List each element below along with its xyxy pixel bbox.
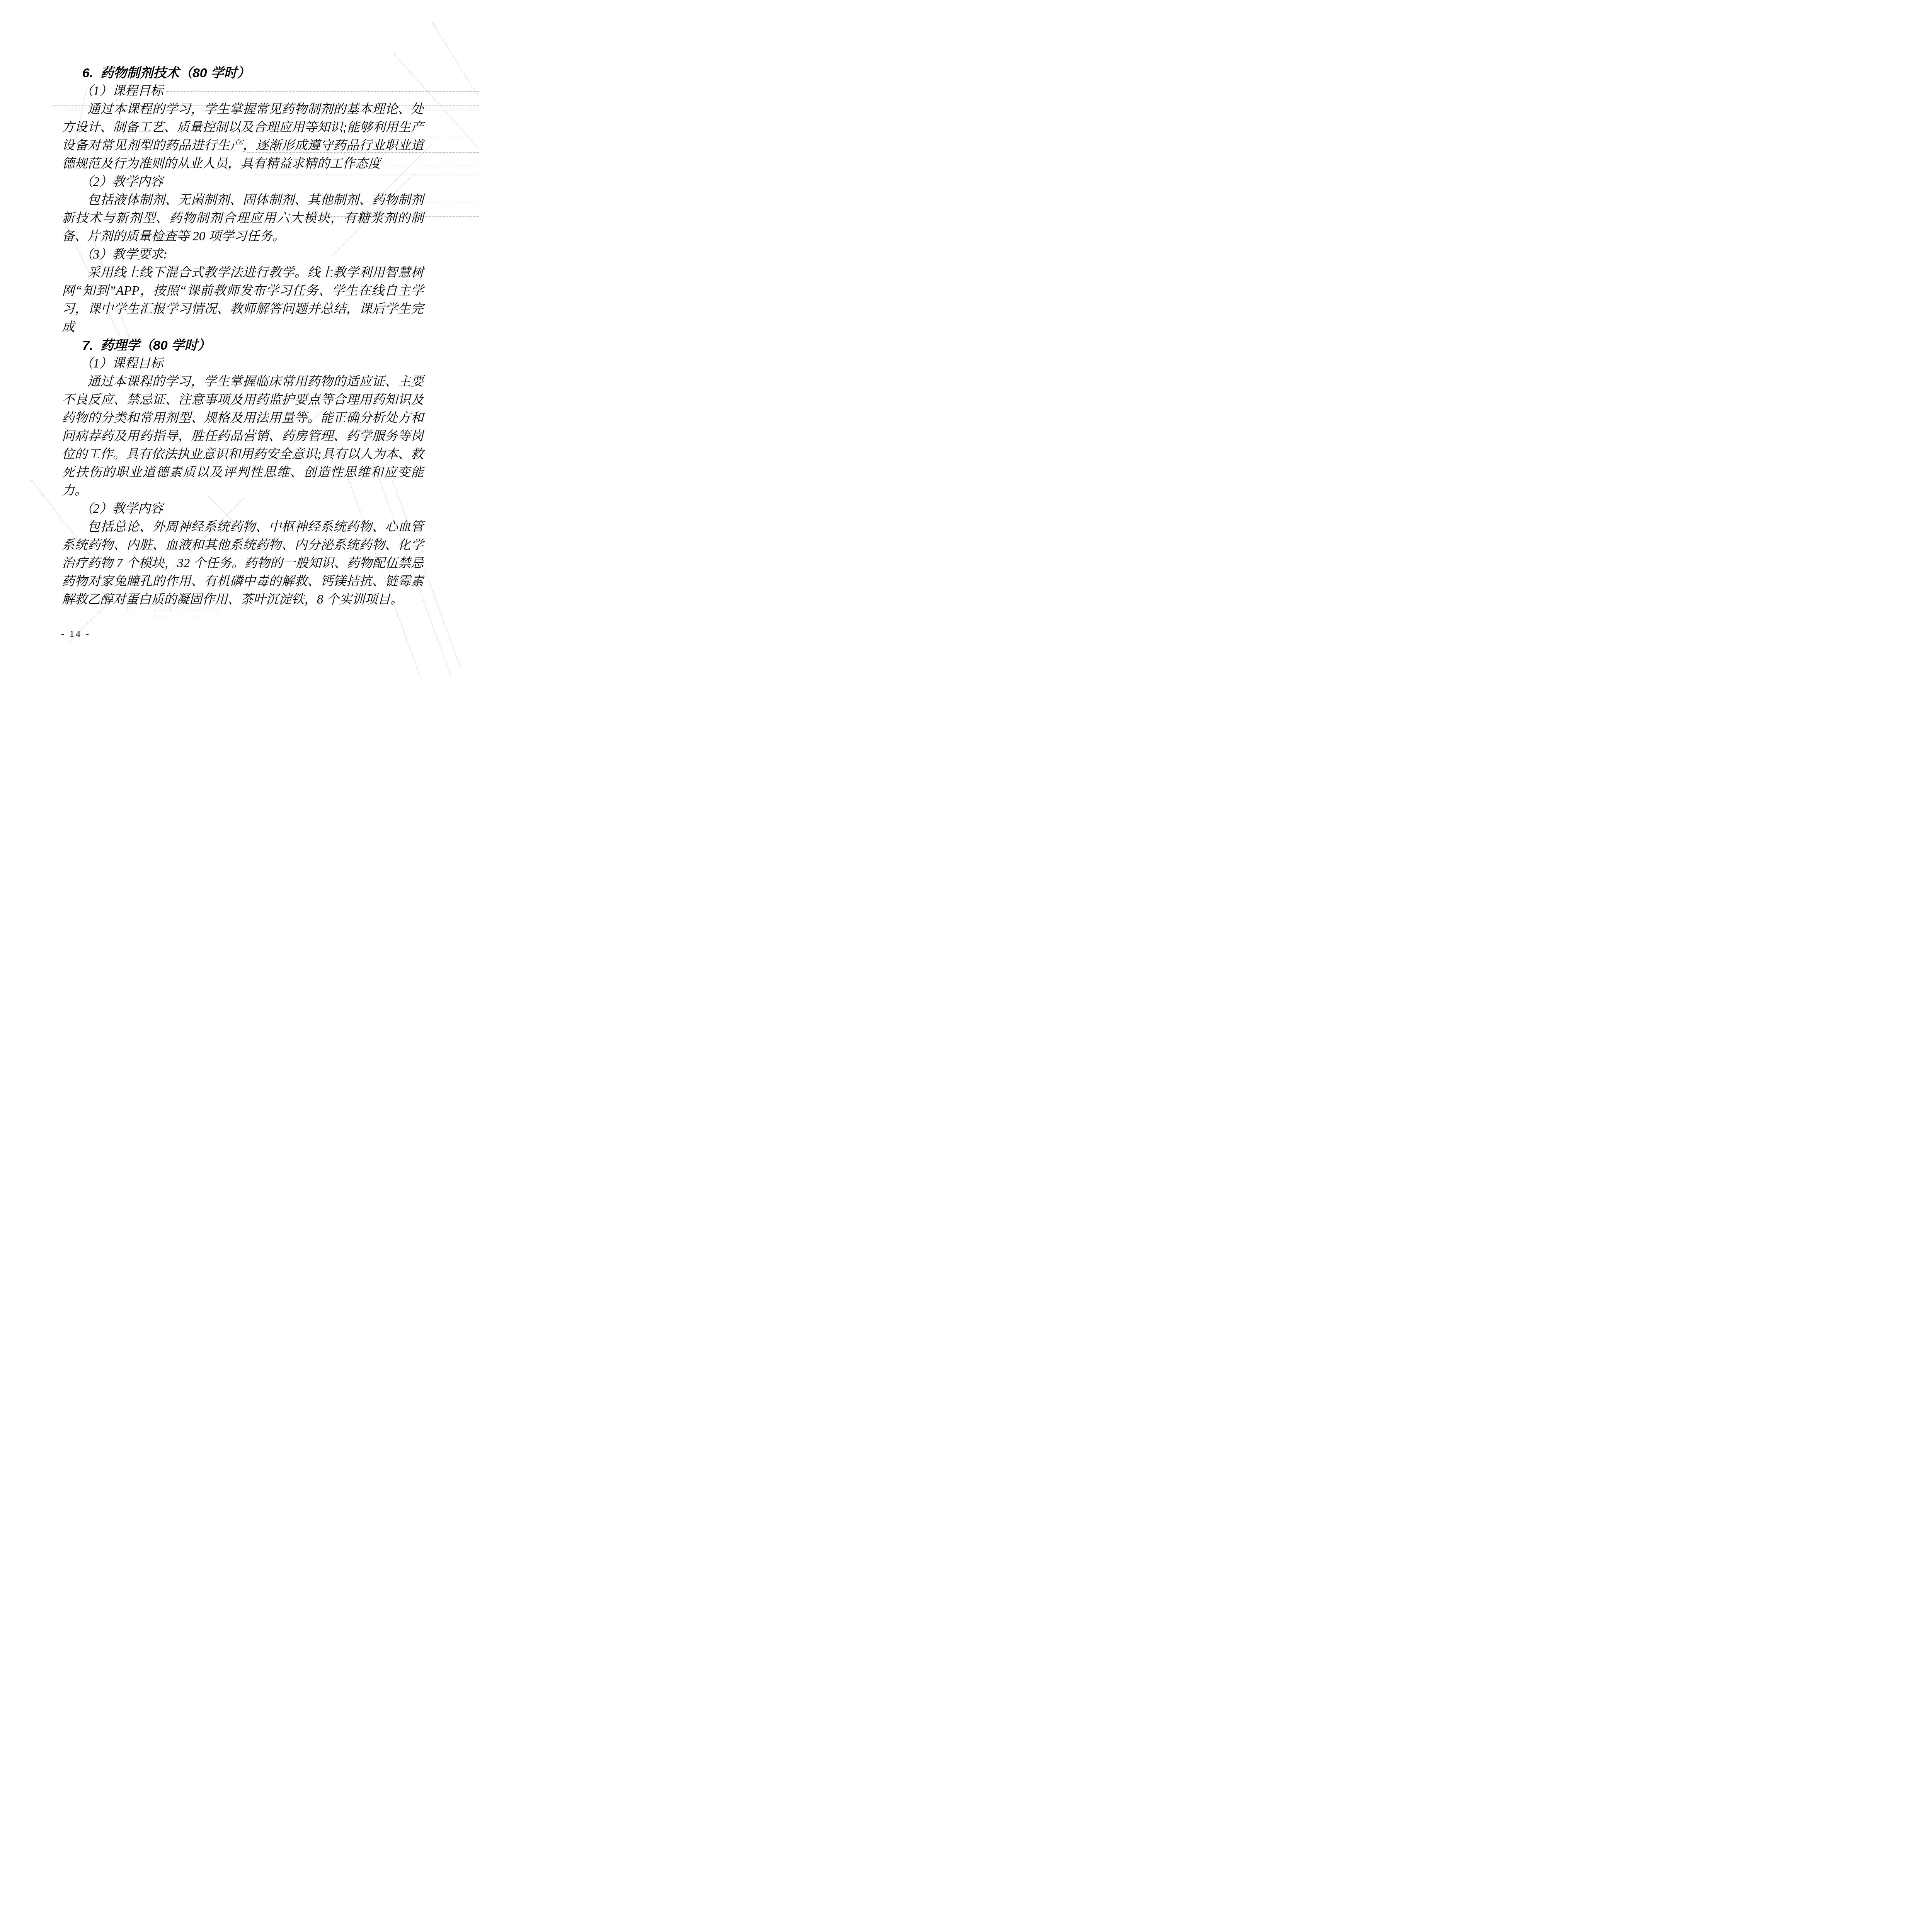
scanned-document-page: 6. 药物制剂技术（80 学时） （1）课程目标 通过本课程的学习，学生掌握常见…: [0, 0, 479, 678]
page-number: - 14 -: [61, 629, 90, 639]
label-course-objectives-sec7: （1）课程目标: [62, 355, 424, 373]
scan-artifact-diagonal: [432, 23, 479, 161]
label-teaching-content-sec6: （2）教学内容: [62, 173, 424, 191]
paragraph-course-objectives-sec7: 通过本课程的学习，学生掌握临床常用药物的适应证、主要不良反应、禁忌证、注意事项及…: [62, 373, 424, 500]
section-heading-pharmaceutical-preparation-tech: 6. 药物制剂技术（80 学时）: [62, 64, 424, 82]
label-teaching-requirements-sec6: （3）教学要求:: [62, 246, 424, 264]
paragraph-teaching-requirements-sec6: 采用线上线下混合式教学法进行教学。线上教学利用智慧树网“知到”APP，按照“课前…: [62, 264, 424, 337]
paragraph-course-objectives-sec6: 通过本课程的学习，学生掌握常见药物制剂的基本理论、处方设计、制备工艺、质量控制以…: [62, 100, 424, 173]
paragraph-teaching-content-sec6: 包括液体制剂、无菌制剂、固体制剂、其他制剂、药物制剂新技术与新剂型、药物制剂合理…: [62, 191, 424, 246]
scan-artifact-trace-box: [155, 609, 217, 618]
label-teaching-content-sec7: （2）教学内容: [62, 500, 424, 518]
label-course-objectives-sec6: （1）课程目标: [62, 82, 424, 100]
section-heading-pharmacology: 7. 药理学（80 学时）: [62, 337, 424, 355]
document-content: 6. 药物制剂技术（80 学时） （1）课程目标 通过本课程的学习，学生掌握常见…: [62, 64, 424, 609]
paragraph-teaching-content-sec7: 包括总论、外周神经系统药物、中枢神经系统药物、心血管系统药物、内脏、血液和其他系…: [62, 518, 424, 609]
